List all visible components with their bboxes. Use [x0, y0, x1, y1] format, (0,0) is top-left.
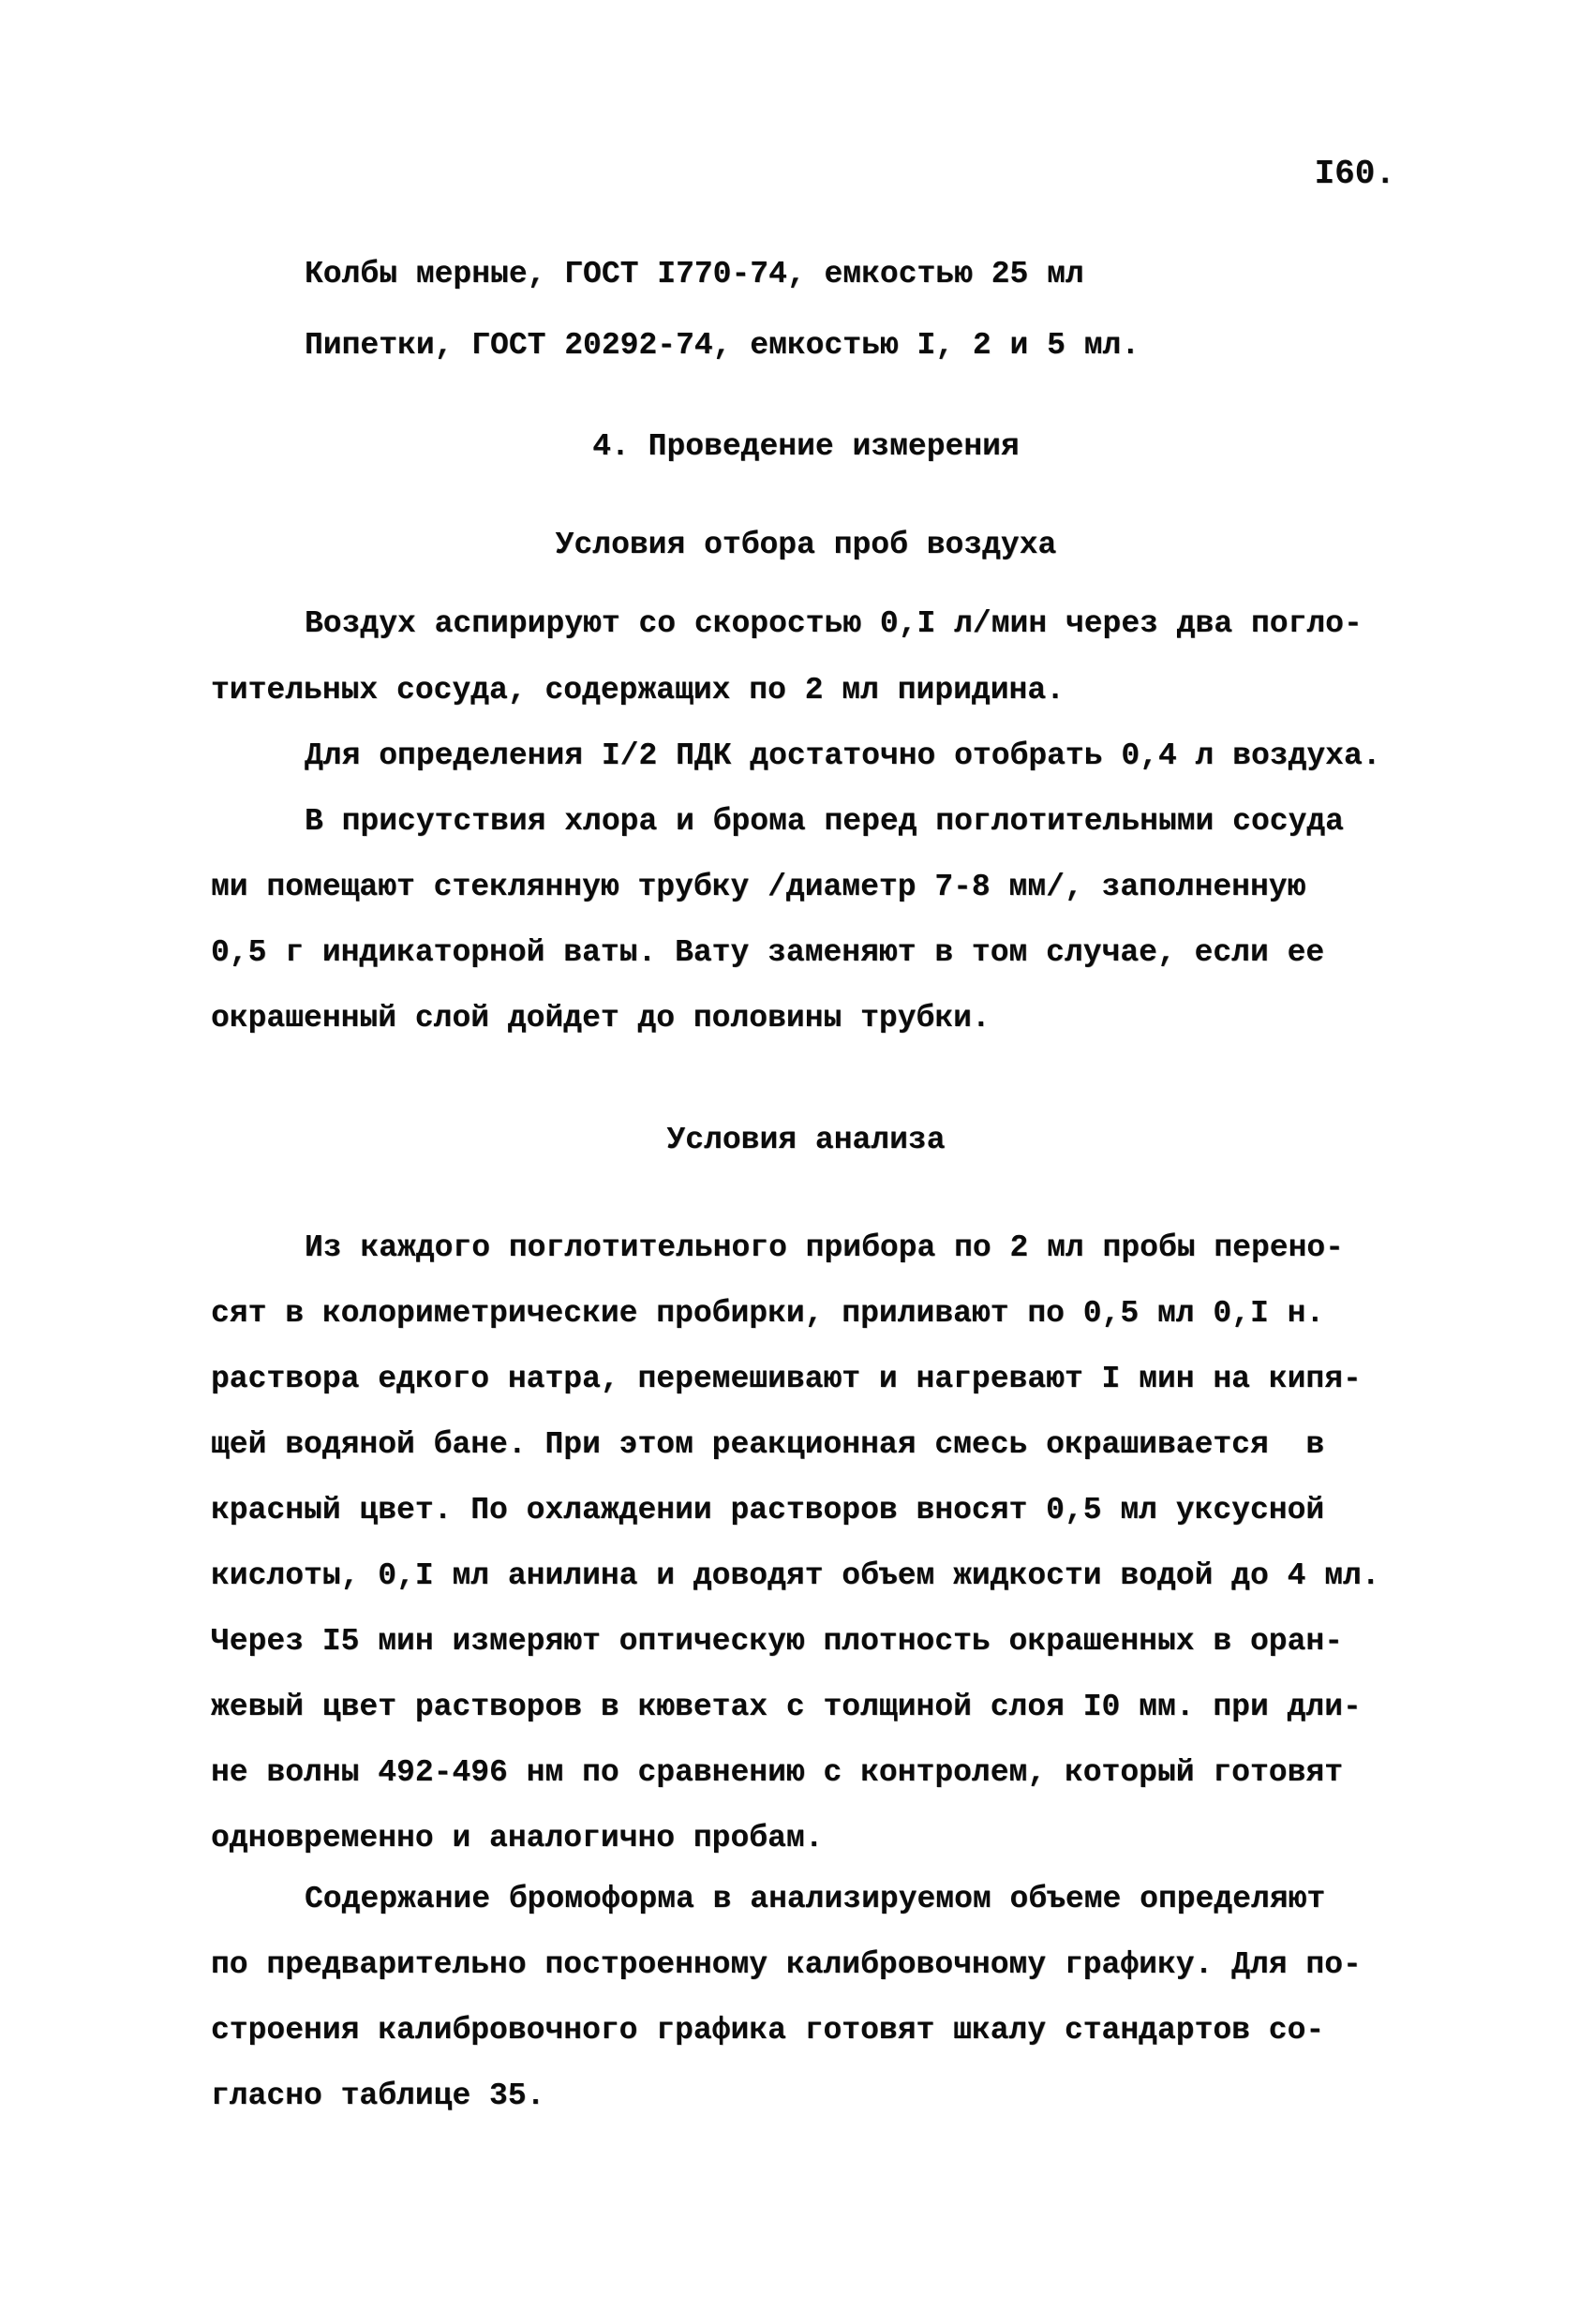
text-line: кислоты, 0,I мл анилина и доводят объем …	[211, 1543, 1401, 1609]
text-line: жевый цвет растворов в кюветах с толщино…	[211, 1675, 1401, 1740]
text-line: красный цвет. По охлаждении растворов вн…	[211, 1478, 1401, 1543]
text-line: не волны 492-496 нм по сравнению с контр…	[211, 1740, 1401, 1806]
text-line: Из каждого поглотительного прибора по 2 …	[211, 1215, 1401, 1281]
text-line: ми помещают стеклянную трубку /диаметр 7…	[211, 855, 1401, 920]
subsection-heading-analysis: Условия анализа	[211, 1108, 1401, 1173]
text-line: В присутствия хлора и брома перед поглот…	[211, 789, 1401, 855]
text-line: гласно таблице 35.	[211, 2063, 1401, 2129]
text-line: Колбы мерные, ГОСТ I770-74, емкостью 25 …	[211, 239, 1401, 310]
paragraph-analysis-1: Из каждого поглотительного прибора по 2 …	[211, 1215, 1401, 1871]
text-line: Воздух аспирируют со скоростью 0,I л/мин…	[211, 590, 1401, 657]
text-line: окрашенный слой дойдет до половины трубк…	[211, 986, 1401, 1051]
paragraph-analysis-2: Содержание бромоформа в анализируемом об…	[211, 1867, 1401, 2129]
text-line: щей водяной бане. При этом реакционная с…	[211, 1412, 1401, 1478]
text-line: 0,5 г индикаторной ваты. Вату заменяют в…	[211, 920, 1401, 986]
text-line: тительных сосуда, содержащих по 2 мл пир…	[211, 657, 1401, 723]
text-line: одновременно и аналогично пробам.	[211, 1806, 1401, 1871]
paragraph-air-sampling-1: Воздух аспирируют со скоростью 0,I л/мин…	[211, 590, 1401, 723]
text-line: строения калибровочного графика готовят …	[211, 1998, 1401, 2063]
text-line: сят в колориметрические пробирки, прилив…	[211, 1281, 1401, 1347]
text-line: Для определения I/2 ПДК достаточно отобр…	[211, 723, 1401, 789]
text-line: по предварительно построенному калиброво…	[211, 1932, 1401, 1998]
text-line: Через I5 мин измеряют оптическую плотнос…	[211, 1609, 1401, 1675]
page-content: Колбы мерные, ГОСТ I770-74, емкостью 25 …	[211, 0, 1401, 2324]
equipment-list: Колбы мерные, ГОСТ I770-74, емкостью 25 …	[211, 239, 1401, 381]
paragraph-air-sampling-3: В присутствия хлора и брома перед поглот…	[211, 789, 1401, 1051]
text-line: Содержание бромоформа в анализируемом об…	[211, 1867, 1401, 1932]
subsection-heading-air-sampling: Условия отбора проб воздуха	[211, 513, 1401, 578]
paragraph-air-sampling-2: Для определения I/2 ПДК достаточно отобр…	[211, 723, 1401, 789]
text-line: раствора едкого натра, перемешивают и на…	[211, 1347, 1401, 1412]
section-heading-measurement: 4. Проведение измерения	[211, 414, 1401, 480]
scanned-document-page: I60. Колбы мерные, ГОСТ I770-74, емкость…	[0, 0, 1594, 2324]
text-line: Пипетки, ГОСТ 20292-74, емкостью I, 2 и …	[211, 310, 1401, 381]
